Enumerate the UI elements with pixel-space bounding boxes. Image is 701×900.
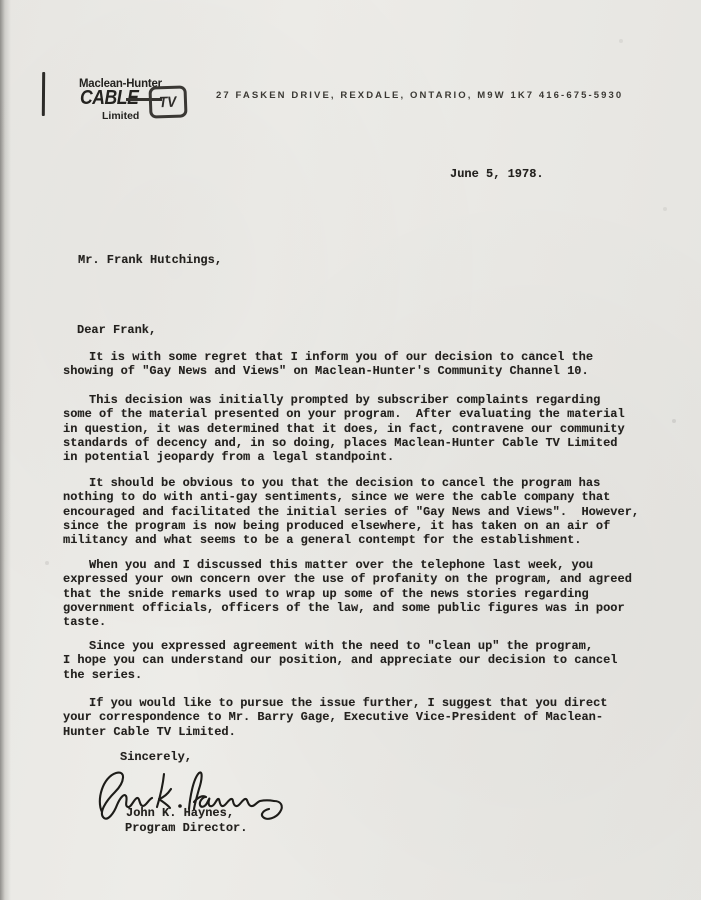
body-paragraph: It is with some regret that I inform you… — [63, 350, 593, 379]
tv-screen-icon: TV — [148, 85, 187, 118]
logo-tv-text: TV — [159, 93, 177, 111]
scan-specks — [0, 0, 2, 2]
salutation: Dear Frank, — [77, 323, 156, 337]
recipient-line: Mr. Frank Hutchings, — [78, 253, 222, 267]
body-paragraph: When you and I discussed this matter ove… — [63, 558, 632, 629]
closing: Sincerely, — [120, 750, 192, 764]
letter-date: June 5, 1978. — [450, 167, 544, 181]
typed-signature-title: Program Director. — [125, 821, 247, 835]
scan-edge-shadow — [0, 0, 11, 900]
body-paragraph: If you would like to pursue the issue fu… — [63, 696, 607, 739]
logo-limited-text: Limited — [102, 110, 139, 122]
letterhead-address: 27 FASKEN DRIVE, REXDALE, ONTARIO, M9W 1… — [216, 90, 623, 101]
scanned-letter-page: Maclean-Hunter CABLE TV Limited 27 FASKE… — [0, 0, 701, 900]
body-paragraph: Since you expressed agreement with the n… — [63, 639, 618, 682]
typed-signature-name: John K. Haynes, — [126, 806, 234, 820]
body-paragraph: It should be obvious to you that the dec… — [63, 476, 639, 547]
registration-mark — [42, 72, 45, 116]
body-paragraph: This decision was initially prompted by … — [63, 393, 625, 464]
